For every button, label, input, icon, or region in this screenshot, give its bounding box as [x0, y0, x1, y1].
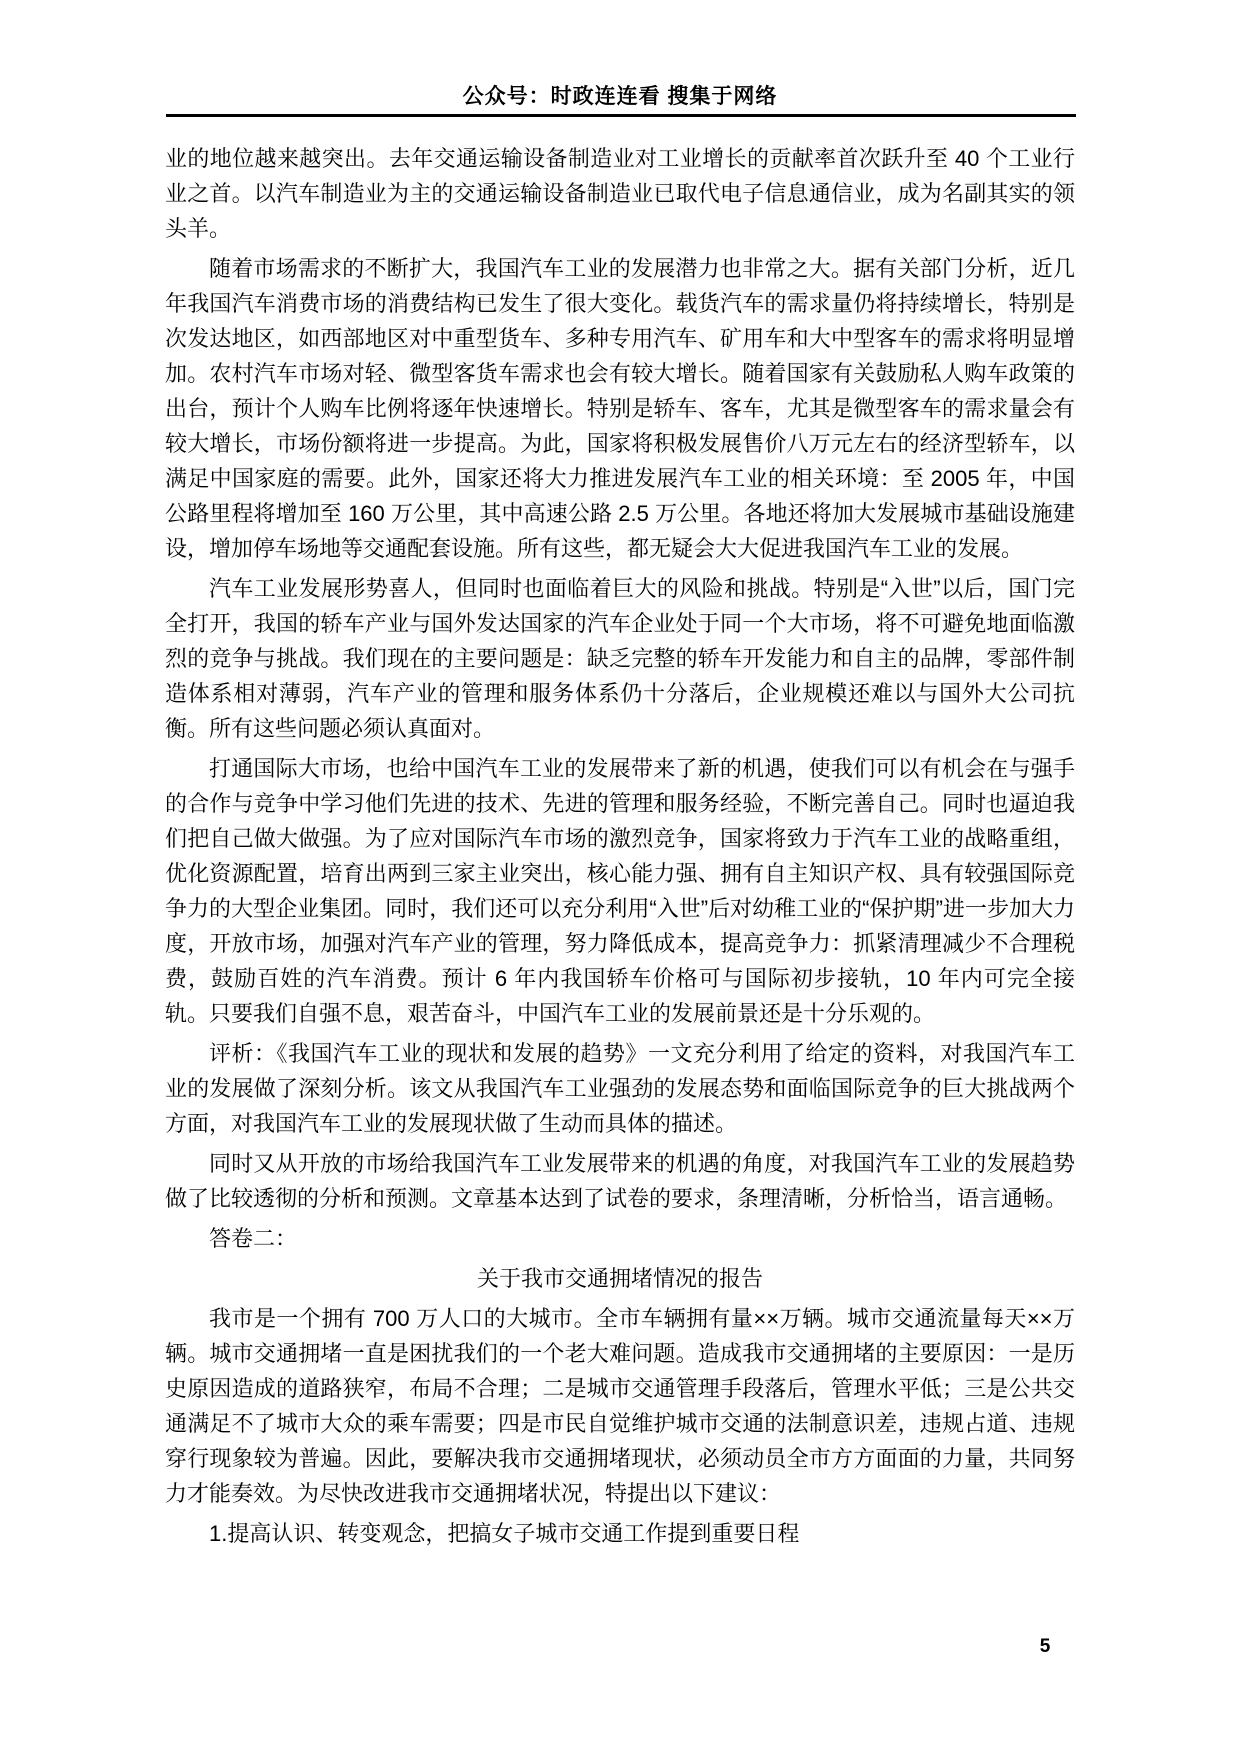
page-header-title: 公众号：时政连连看 搜集于网络: [165, 80, 1075, 110]
paragraph-commentary-1: 评析：《我国汽车工业的现状和发展的趋势》一文充分利用了给定的资料，对我国汽车工业…: [165, 1036, 1075, 1141]
paragraph-auto-industry-lead: 业的地位越来越突出。去年交通运输设备制造业对工业增长的贡献率首次跃升至 40 个…: [165, 141, 1075, 246]
paragraph-market-demand: 随着市场需求的不断扩大，我国汽车工业的发展潜力也非常之大。据有关部门分析，近几年…: [165, 251, 1075, 566]
paragraph-risks-challenges: 汽车工业发展形势喜人，但同时也面临着巨大的风险和挑战。特别是“入世”以后，国门完…: [165, 571, 1075, 746]
page-number: 5: [1030, 1636, 1060, 1658]
paragraph-suggestion-1: 1.提高认识、转变观念，把搞女子城市交通工作提到重要日程: [165, 1516, 1075, 1551]
paragraph-commentary-2: 同时又从开放的市场给我国汽车工业发展带来的机遇的角度，对我国汽车工业的发展趋势做…: [165, 1146, 1075, 1216]
header-rule-divider: [166, 114, 1076, 117]
document-page: 公众号：时政连连看 搜集于网络 业的地位越来越突出。去年交通运输设备制造业对工业…: [0, 0, 1240, 1754]
paragraph-answer-sheet-2-label: 答卷二：: [165, 1221, 1075, 1256]
paragraph-traffic-report-body: 我市是一个拥有 700 万人口的大城市。全市车辆拥有量××万辆。城市交通流量每天…: [165, 1301, 1075, 1511]
report-title: 关于我市交通拥堵情况的报告: [165, 1261, 1075, 1296]
paragraph-international-market: 打通国际大市场，也给中国汽车工业的发展带来了新的机遇，使我们可以有机会在与强手的…: [165, 751, 1075, 1031]
document-body: 业的地位越来越突出。去年交通运输设备制造业对工业增长的贡献率首次跃升至 40 个…: [165, 141, 1075, 1556]
